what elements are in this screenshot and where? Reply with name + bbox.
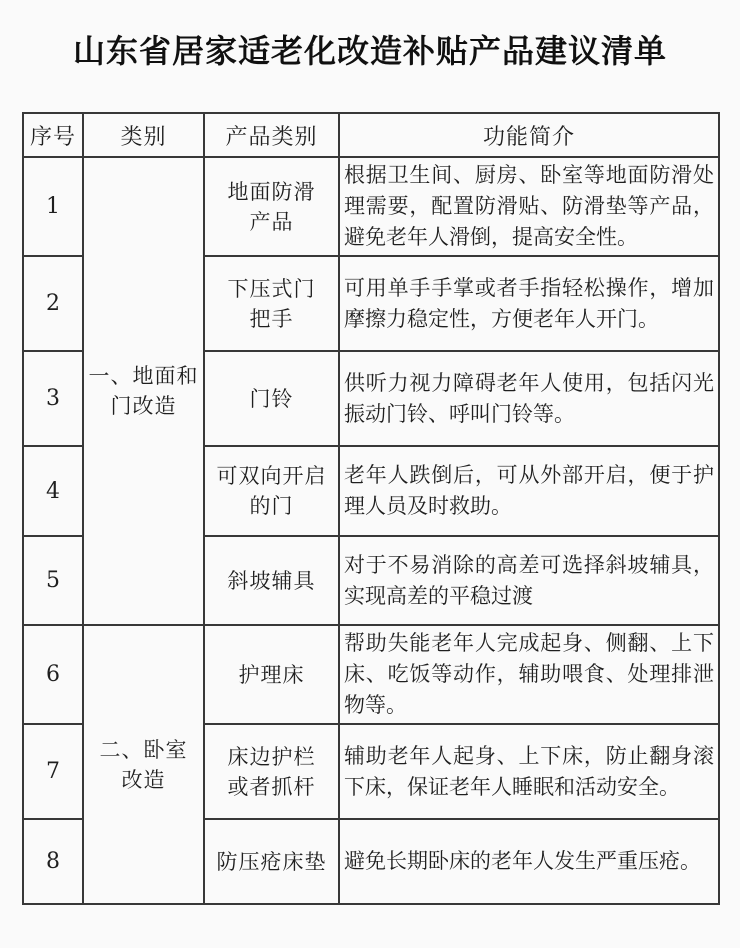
description-cell: 辅助老年人起身、上下床，防止翻身滚下床，保证老年人睡眠和活动安全。	[339, 724, 719, 819]
column-header-function: 功能简介	[339, 113, 719, 157]
product-cell: 地面防滑 产品	[204, 157, 339, 256]
table-header-row: 序号 类别 产品类别 功能简介	[23, 113, 719, 157]
description-cell: 可用单手手掌或者手指轻松操作，增加摩擦力稳定性，方便老年人开门。	[339, 256, 719, 351]
column-header-category: 类别	[83, 113, 204, 157]
column-header-number: 序号	[23, 113, 83, 157]
table-row: 6 二、卧室 改造 护理床 帮助失能老年人完成起身、侧翻、上下床、吃饭等动作，辅…	[23, 625, 719, 724]
row-number: 8	[23, 819, 83, 904]
category-cell-floor-door: 一、地面和 门改造	[83, 157, 204, 625]
row-number: 7	[23, 724, 83, 819]
product-cell: 斜坡辅具	[204, 536, 339, 625]
description-cell: 避免长期卧床的老年人发生严重压疮。	[339, 819, 719, 904]
row-number: 1	[23, 157, 83, 256]
description-cell: 老年人跌倒后，可从外部开启，便于护理人员及时救助。	[339, 446, 719, 536]
page-title: 山东省居家适老化改造补贴产品建议清单	[20, 26, 720, 72]
product-cell: 下压式门 把手	[204, 256, 339, 351]
row-number: 2	[23, 256, 83, 351]
column-header-product-type: 产品类别	[204, 113, 339, 157]
row-number: 4	[23, 446, 83, 536]
description-cell: 帮助失能老年人完成起身、侧翻、上下床、吃饭等动作，辅助喂食、处理排泄物等。	[339, 625, 719, 724]
category-cell-bedroom: 二、卧室 改造	[83, 625, 204, 904]
description-cell: 对于不易消除的高差可选择斜坡辅具，实现高差的平稳过渡	[339, 536, 719, 625]
row-number: 5	[23, 536, 83, 625]
product-cell: 护理床	[204, 625, 339, 724]
product-cell: 床边护栏 或者抓杆	[204, 724, 339, 819]
product-cell: 可双向开启 的门	[204, 446, 339, 536]
row-number: 3	[23, 351, 83, 446]
description-cell: 根据卫生间、厨房、卧室等地面防滑处理需要，配置防滑贴、防滑垫等产品，避免老年人滑…	[339, 157, 719, 256]
product-cell: 防压疮床垫	[204, 819, 339, 904]
table-row: 1 一、地面和 门改造 地面防滑 产品 根据卫生间、厨房、卧室等地面防滑处理需要…	[23, 157, 719, 256]
subsidy-product-table: 序号 类别 产品类别 功能简介 1 一、地面和 门改造 地面防滑 产品 根据卫生…	[22, 112, 720, 905]
product-cell: 门铃	[204, 351, 339, 446]
document-page: 山东省居家适老化改造补贴产品建议清单 序号 类别 产品类别 功能简介 1 一、地…	[0, 0, 740, 948]
description-cell: 供听力视力障碍老年人使用，包括闪光振动门铃、呼叫门铃等。	[339, 351, 719, 446]
row-number: 6	[23, 625, 83, 724]
